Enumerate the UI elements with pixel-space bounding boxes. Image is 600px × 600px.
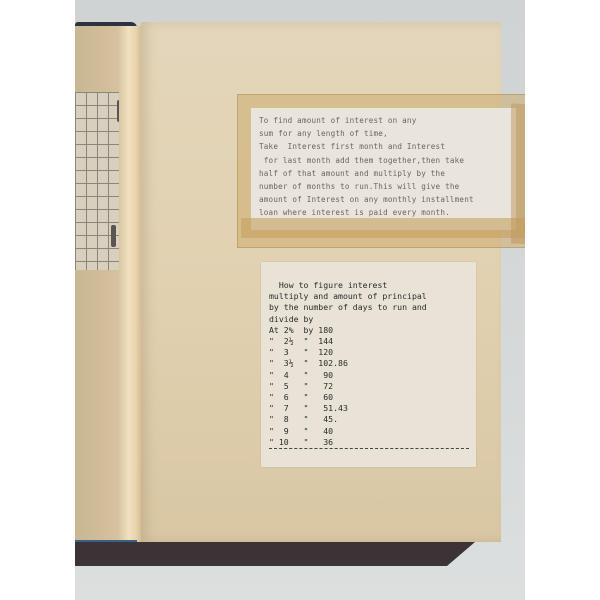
note-top-text: To find amount of interest on any sum fo… [259, 114, 474, 220]
notebook-photo: To find amount of interest on any sum fo… [75, 0, 525, 600]
book-shadow [75, 542, 475, 566]
tape-strip [241, 218, 525, 238]
book-spine [119, 26, 143, 546]
tape-strip-right [511, 103, 525, 244]
typed-note-interest-table: How to figure interest multiply and amou… [261, 262, 476, 467]
typed-note-top: To find amount of interest on any sum fo… [251, 108, 516, 230]
clip-bottom [111, 225, 116, 247]
note-bottom-text: How to figure interest multiply and amou… [269, 280, 427, 448]
dashed-rule [269, 448, 469, 449]
right-page: To find amount of interest on any sum fo… [141, 22, 501, 542]
